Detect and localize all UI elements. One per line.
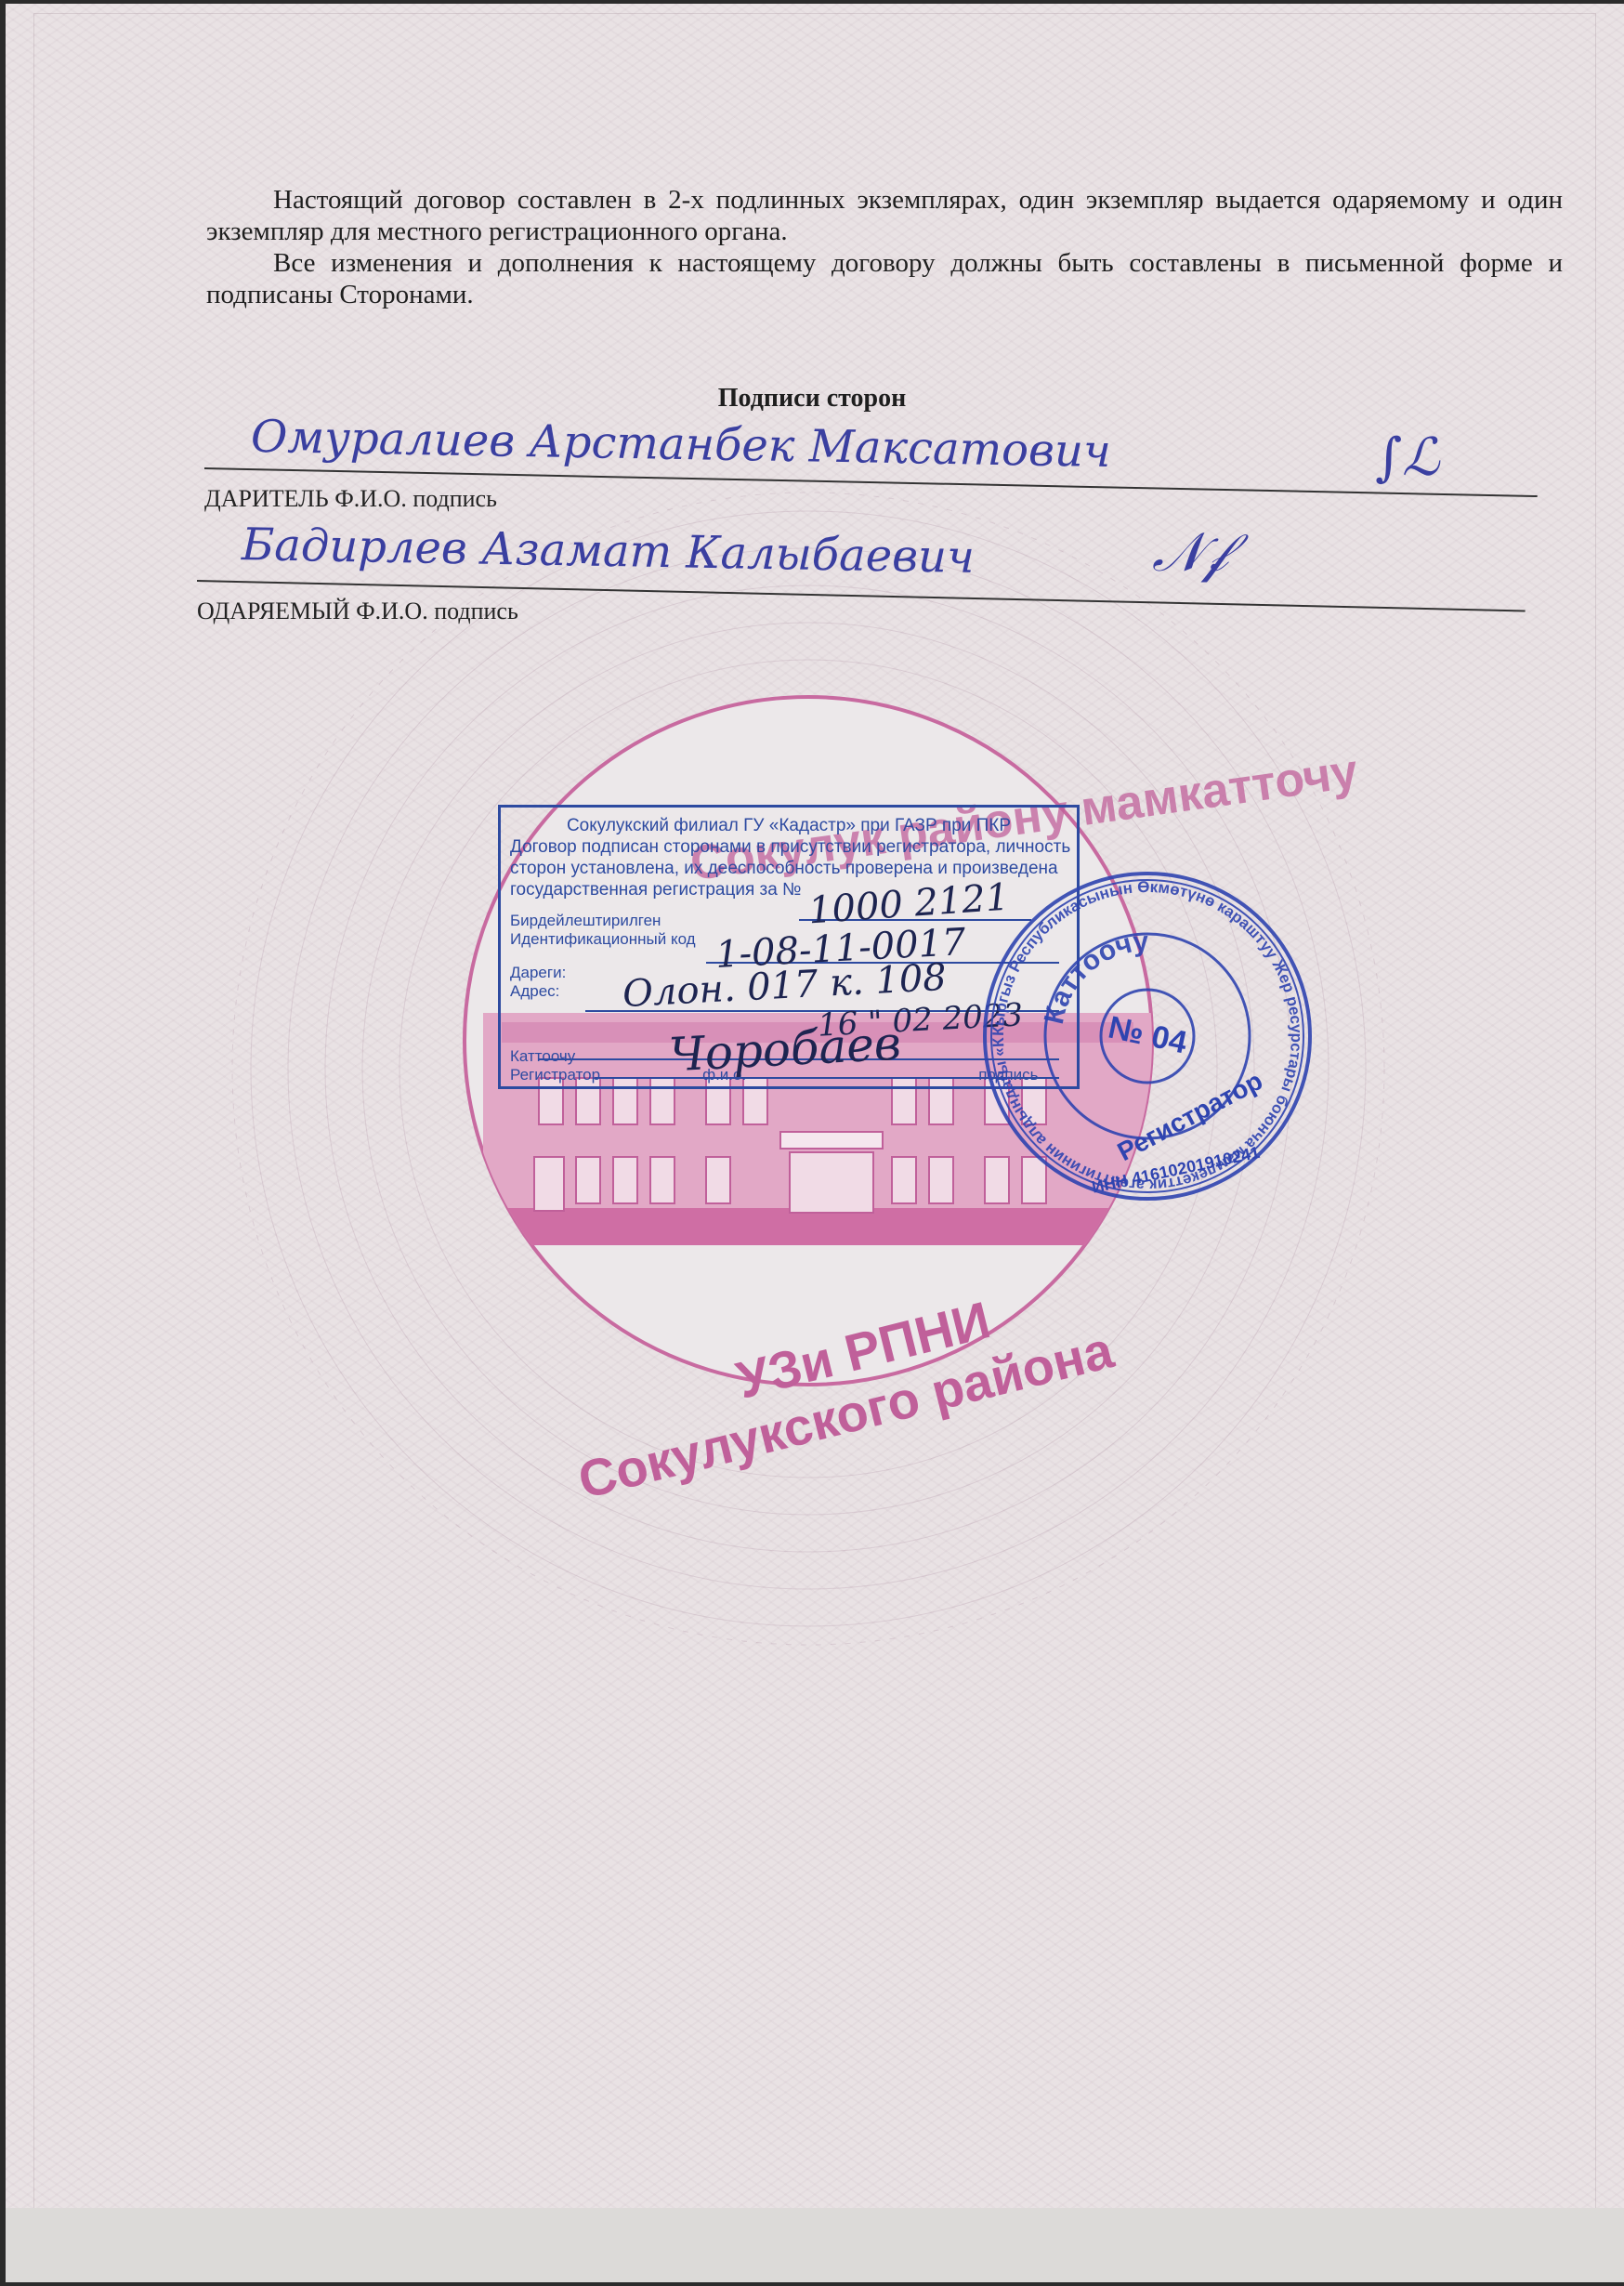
svg-text:Каттоочу: Каттоочу (1039, 926, 1150, 1027)
svg-text:Кыргыз Республикасынын Өкмөтүн: Кыргыз Республикасынын Өкмөтүнө караштуу… (0, 0, 1305, 1194)
svg-text:№ 04: № 04 (1106, 1010, 1190, 1061)
round-seal: Кыргыз Республикасынын Өкмөтүнө караштуу… (0, 0, 1624, 2286)
